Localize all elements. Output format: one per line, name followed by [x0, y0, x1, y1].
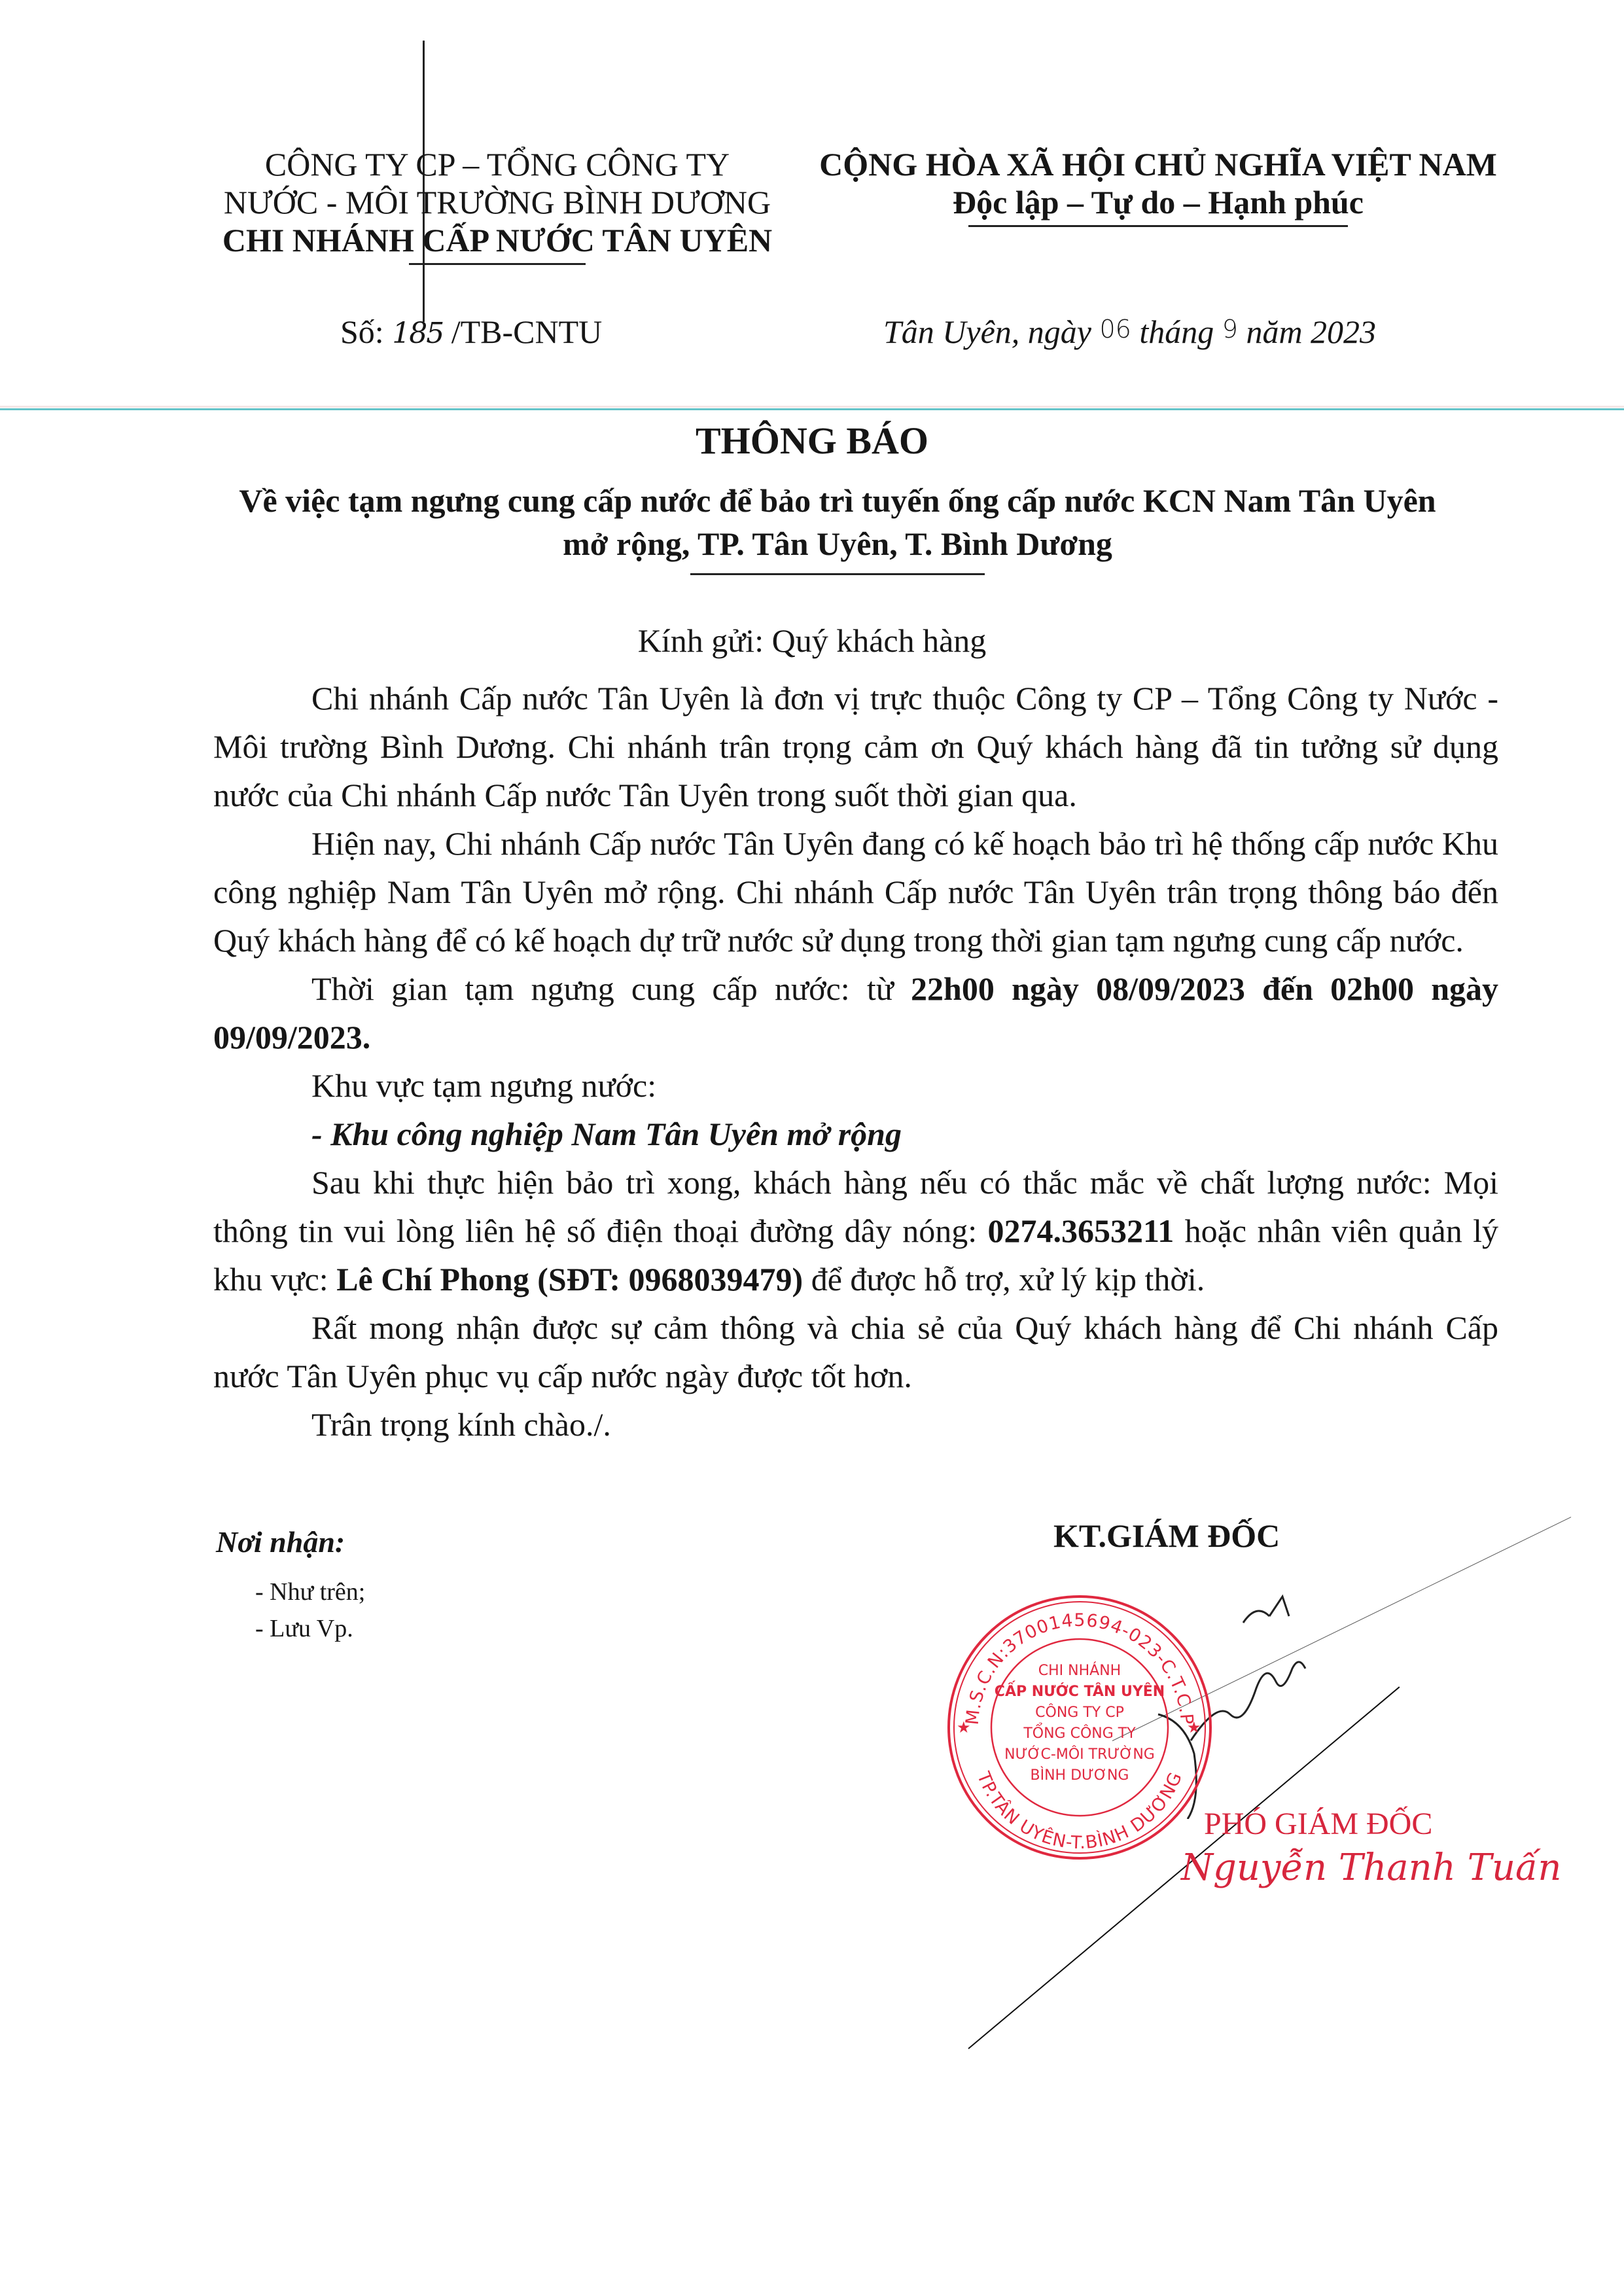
org-line-2: NƯỚC - MÔI TRƯỜNG BÌNH DƯƠNG [170, 183, 824, 221]
document-subject: Về việc tạm ngưng cung cấp nước để bảo t… [216, 479, 1459, 575]
recipients-block: Nơi nhận: - Như trên; - Lưu Vp. [216, 1525, 365, 1647]
svg-text:NƯỚC-MÔI TRƯỜNG: NƯỚC-MÔI TRƯỜNG [1004, 1746, 1155, 1763]
svg-text:CÔNG TY CP: CÔNG TY CP [1035, 1704, 1124, 1721]
official-stamp-icon: M.S.C.N:3700145694-023-C.T.C.P TP.TÂN UY… [942, 1590, 1217, 1865]
doc-number-suffix: /TB-CNTU [451, 313, 603, 350]
subject-underline [690, 573, 985, 575]
date-month-handwritten: 9 [1222, 315, 1238, 344]
paragraph-contact: Sau khi thực hiện bảo trì xong, khách hà… [213, 1158, 1498, 1303]
motto-underline [968, 225, 1348, 227]
hotline-number: 0274.3653211 [988, 1212, 1174, 1249]
subject-text: Về việc tạm ngưng cung cấp nước để bảo t… [216, 479, 1459, 565]
contact-person: Lê Chí Phong (SĐT: 0968039479) [336, 1261, 803, 1298]
paragraph-intro: Chi nhánh Cấp nước Tân Uyên là đơn vị tr… [213, 674, 1498, 819]
doc-number-handwritten: 185 [392, 317, 443, 350]
closing-line: Trân trọng kính chào./. [213, 1400, 1498, 1449]
date-month-label: tháng [1139, 313, 1214, 350]
svg-text:TỔNG CÔNG TY: TỔNG CÔNG TY [1023, 1723, 1136, 1742]
svg-text:BÌNH DƯƠNG: BÌNH DƯƠNG [1031, 1767, 1129, 1784]
recipients-label: Nơi nhận: [216, 1525, 365, 1559]
paragraph-plan: Hiện nay, Chi nhánh Cấp nước Tân Uyên đa… [213, 819, 1498, 964]
recipient-item: - Lưu Vp. [216, 1610, 365, 1647]
scan-artifact-horizontal-line [0, 408, 1624, 410]
doc-number-prefix: Số: [340, 313, 384, 350]
date-year: năm 2023 [1246, 313, 1376, 350]
org-line-3: CHI NHÁNH CẤP NƯỚC TÂN UYÊN [170, 221, 824, 259]
svg-text:CHI NHÁNH: CHI NHÁNH [1038, 1662, 1121, 1679]
salutation: Kính gửi: Quý khách hàng [0, 622, 1624, 660]
date-prefix: Tân Uyên, ngày [883, 313, 1091, 350]
svg-text:★: ★ [1187, 1720, 1201, 1737]
document-title: THÔNG BÁO [0, 419, 1624, 463]
paragraph-appreciation: Rất mong nhận được sự cảm thông và chia … [213, 1303, 1498, 1400]
country-name: CỘNG HÒA XÃ HỘI CHỦ NGHĨA VIỆT NAM [792, 145, 1525, 183]
date-day-handwritten: 06 [1100, 315, 1131, 344]
signer-position: PHÓ GIÁM ĐỐC [1204, 1806, 1432, 1842]
paragraph-area-label: Khu vực tạm ngưng nước: [213, 1061, 1498, 1110]
national-motto: CỘNG HÒA XÃ HỘI CHỦ NGHĨA VIỆT NAM Độc l… [792, 145, 1525, 227]
place-and-date: Tân Uyên, ngày 06 tháng 9 năm 2023 [883, 313, 1376, 351]
contact-text-end: để được hỗ trợ, xử lý kịp thời. [803, 1261, 1205, 1298]
signer-name: Nguyễn Thanh Tuấn [1181, 1846, 1561, 1889]
affected-area-item: - Khu công nghiệp Nam Tân Uyên mở rộng [213, 1110, 1498, 1158]
issuing-organization: CÔNG TY CP – TỔNG CÔNG TY NƯỚC - MÔI TRƯ… [170, 145, 824, 265]
scan-artifact-band [0, 406, 1624, 408]
org-line-1: CÔNG TY CP – TỔNG CÔNG TY [170, 145, 824, 183]
svg-text:CẤP NƯỚC TÂN UYÊN: CẤP NƯỚC TÂN UYÊN [995, 1681, 1165, 1700]
motto: Độc lập – Tự do – Hạnh phúc [792, 183, 1525, 221]
recipient-item: - Như trên; [216, 1574, 365, 1610]
outage-time-label: Thời gian tạm ngưng cung cấp nước: từ [311, 970, 911, 1007]
document-body: Chi nhánh Cấp nước Tân Uyên là đơn vị tr… [213, 674, 1498, 1449]
svg-text:★: ★ [957, 1720, 971, 1737]
document-number: Số: 185 /TB-CNTU [340, 313, 602, 351]
org-underline [409, 263, 586, 265]
paragraph-outage-time: Thời gian tạm ngưng cung cấp nước: từ 22… [213, 964, 1498, 1061]
